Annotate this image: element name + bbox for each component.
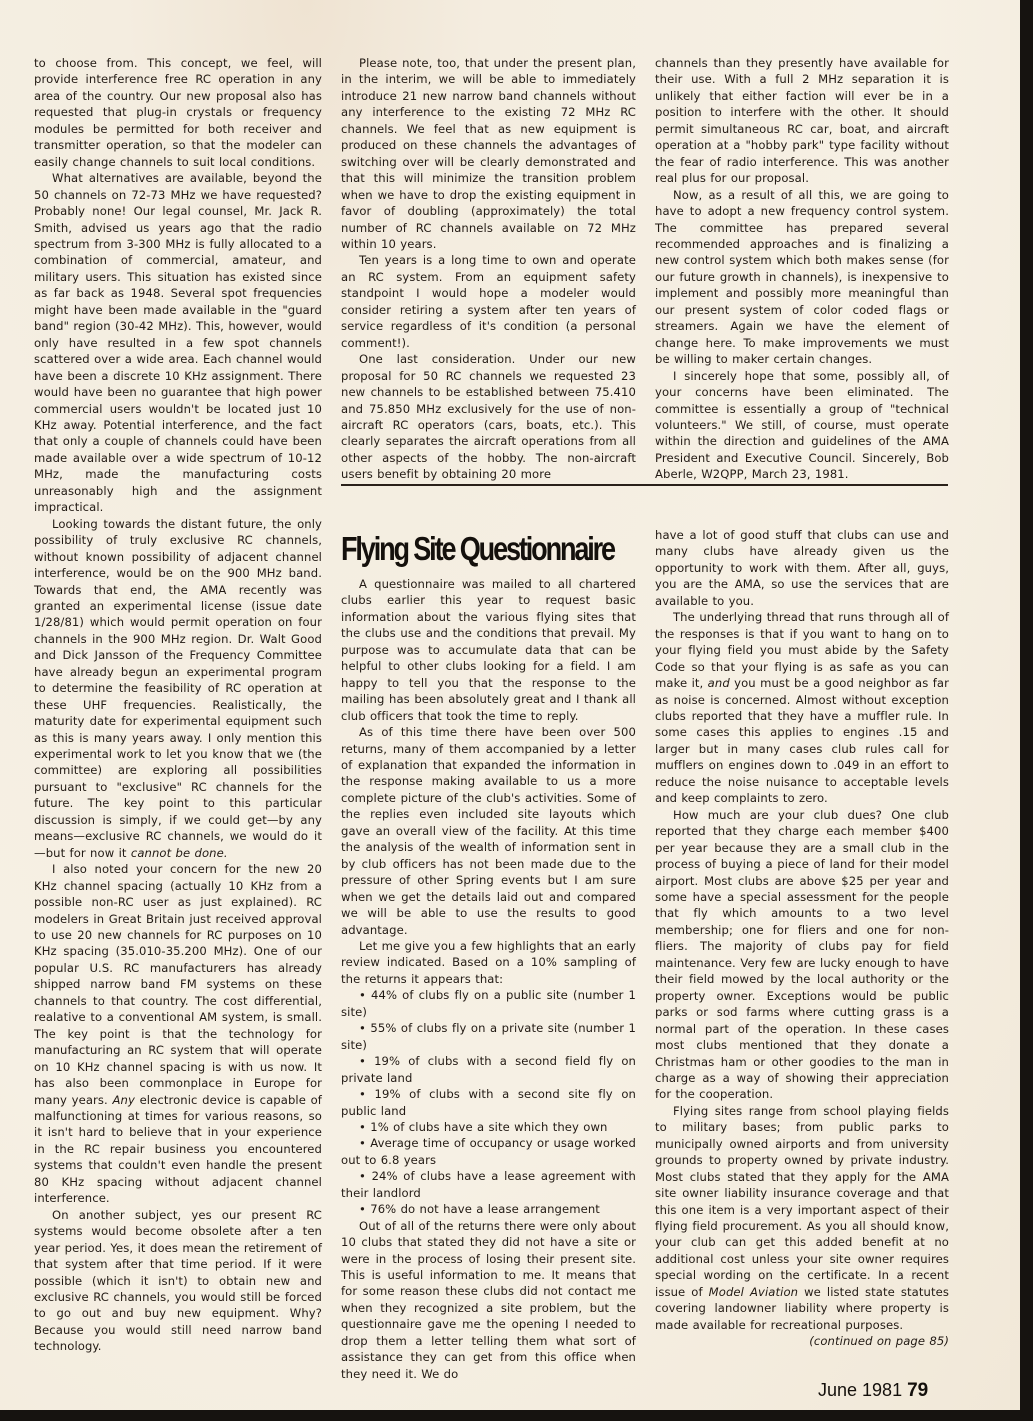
bullet-item: • 19% of clubs with a second site fly on… [341,1086,636,1119]
emphasis-text: cannot be done. [131,846,228,860]
bullet-item: • 24% of clubs have a lease agreement wi… [341,1168,636,1201]
bullet-item: • 44% of clubs fly on a public site (num… [341,987,636,1020]
paragraph: Looking towards the distant future, the … [34,516,322,862]
scan-edge [0,1410,1033,1421]
paragraph: One last consideration. Under our new pr… [341,351,636,483]
article-column-2: A questionnaire was mailed to all charte… [341,576,636,1382]
paragraph: Now, as a result of all this, we are goi… [655,187,949,368]
paragraph: On another subject, yes our present RC s… [34,1207,322,1355]
article-headline: Flying Site Questionnaire [341,527,583,571]
paragraph: I also noted your concern for the new 20… [34,861,322,1207]
paragraph: Flying sites range from school playing f… [655,1103,949,1333]
bullet-item: • 19% of clubs with a second field fly o… [341,1053,636,1086]
paragraph: Out of all of the returns there were onl… [341,1218,636,1383]
paragraph: Ten years is a long time to own and oper… [341,252,636,351]
paragraph: have a lot of good stuff that clubs can … [655,527,949,609]
paragraph: The underlying thread that runs through … [655,609,949,806]
paragraph: Let me give you a few highlights that an… [341,938,636,987]
scan-edge [1020,0,1033,1421]
magazine-page: to choose from. This concept, we feel, w… [0,0,1020,1410]
publication-title: Model Aviation [709,1285,798,1299]
issue-date: June 1981 [818,1380,902,1400]
page-number: 79 [907,1380,928,1401]
emphasis-text: and [708,676,730,690]
column-3: channels than they presently have availa… [655,55,949,483]
paragraph: As of this time there have been over 500… [341,724,636,938]
paragraph: channels than they presently have availa… [655,55,949,187]
bullet-item: • 76% do not have a lease arrangement [341,1201,636,1217]
paragraph: Please note, too, that under the present… [341,55,636,252]
column-1: to choose from. This concept, we feel, w… [34,55,322,1355]
article-column-3: have a lot of good stuff that clubs can … [655,527,949,1350]
paragraph: How much are your club dues? One club re… [655,807,949,1103]
emphasis-text: Any [112,1093,134,1107]
paragraph: to choose from. This concept, we feel, w… [34,55,322,170]
bullet-item: • 55% of clubs fly on a private site (nu… [341,1020,636,1053]
section-divider [341,484,948,486]
paragraph: I sincerely hope that some, possibly all… [655,368,949,483]
column-2: Please note, too, that under the present… [341,55,636,483]
bullet-item: • Average time of occupancy or usage wor… [341,1135,636,1168]
page-footer: June 1981 79 [818,1380,928,1402]
bullet-item: • 1% of clubs have a site which they own [341,1119,636,1135]
continued-notice: (continued on page 85) [655,1333,949,1349]
paragraph: What alternatives are available, beyond … [34,170,322,516]
paragraph: A questionnaire was mailed to all charte… [341,576,636,724]
